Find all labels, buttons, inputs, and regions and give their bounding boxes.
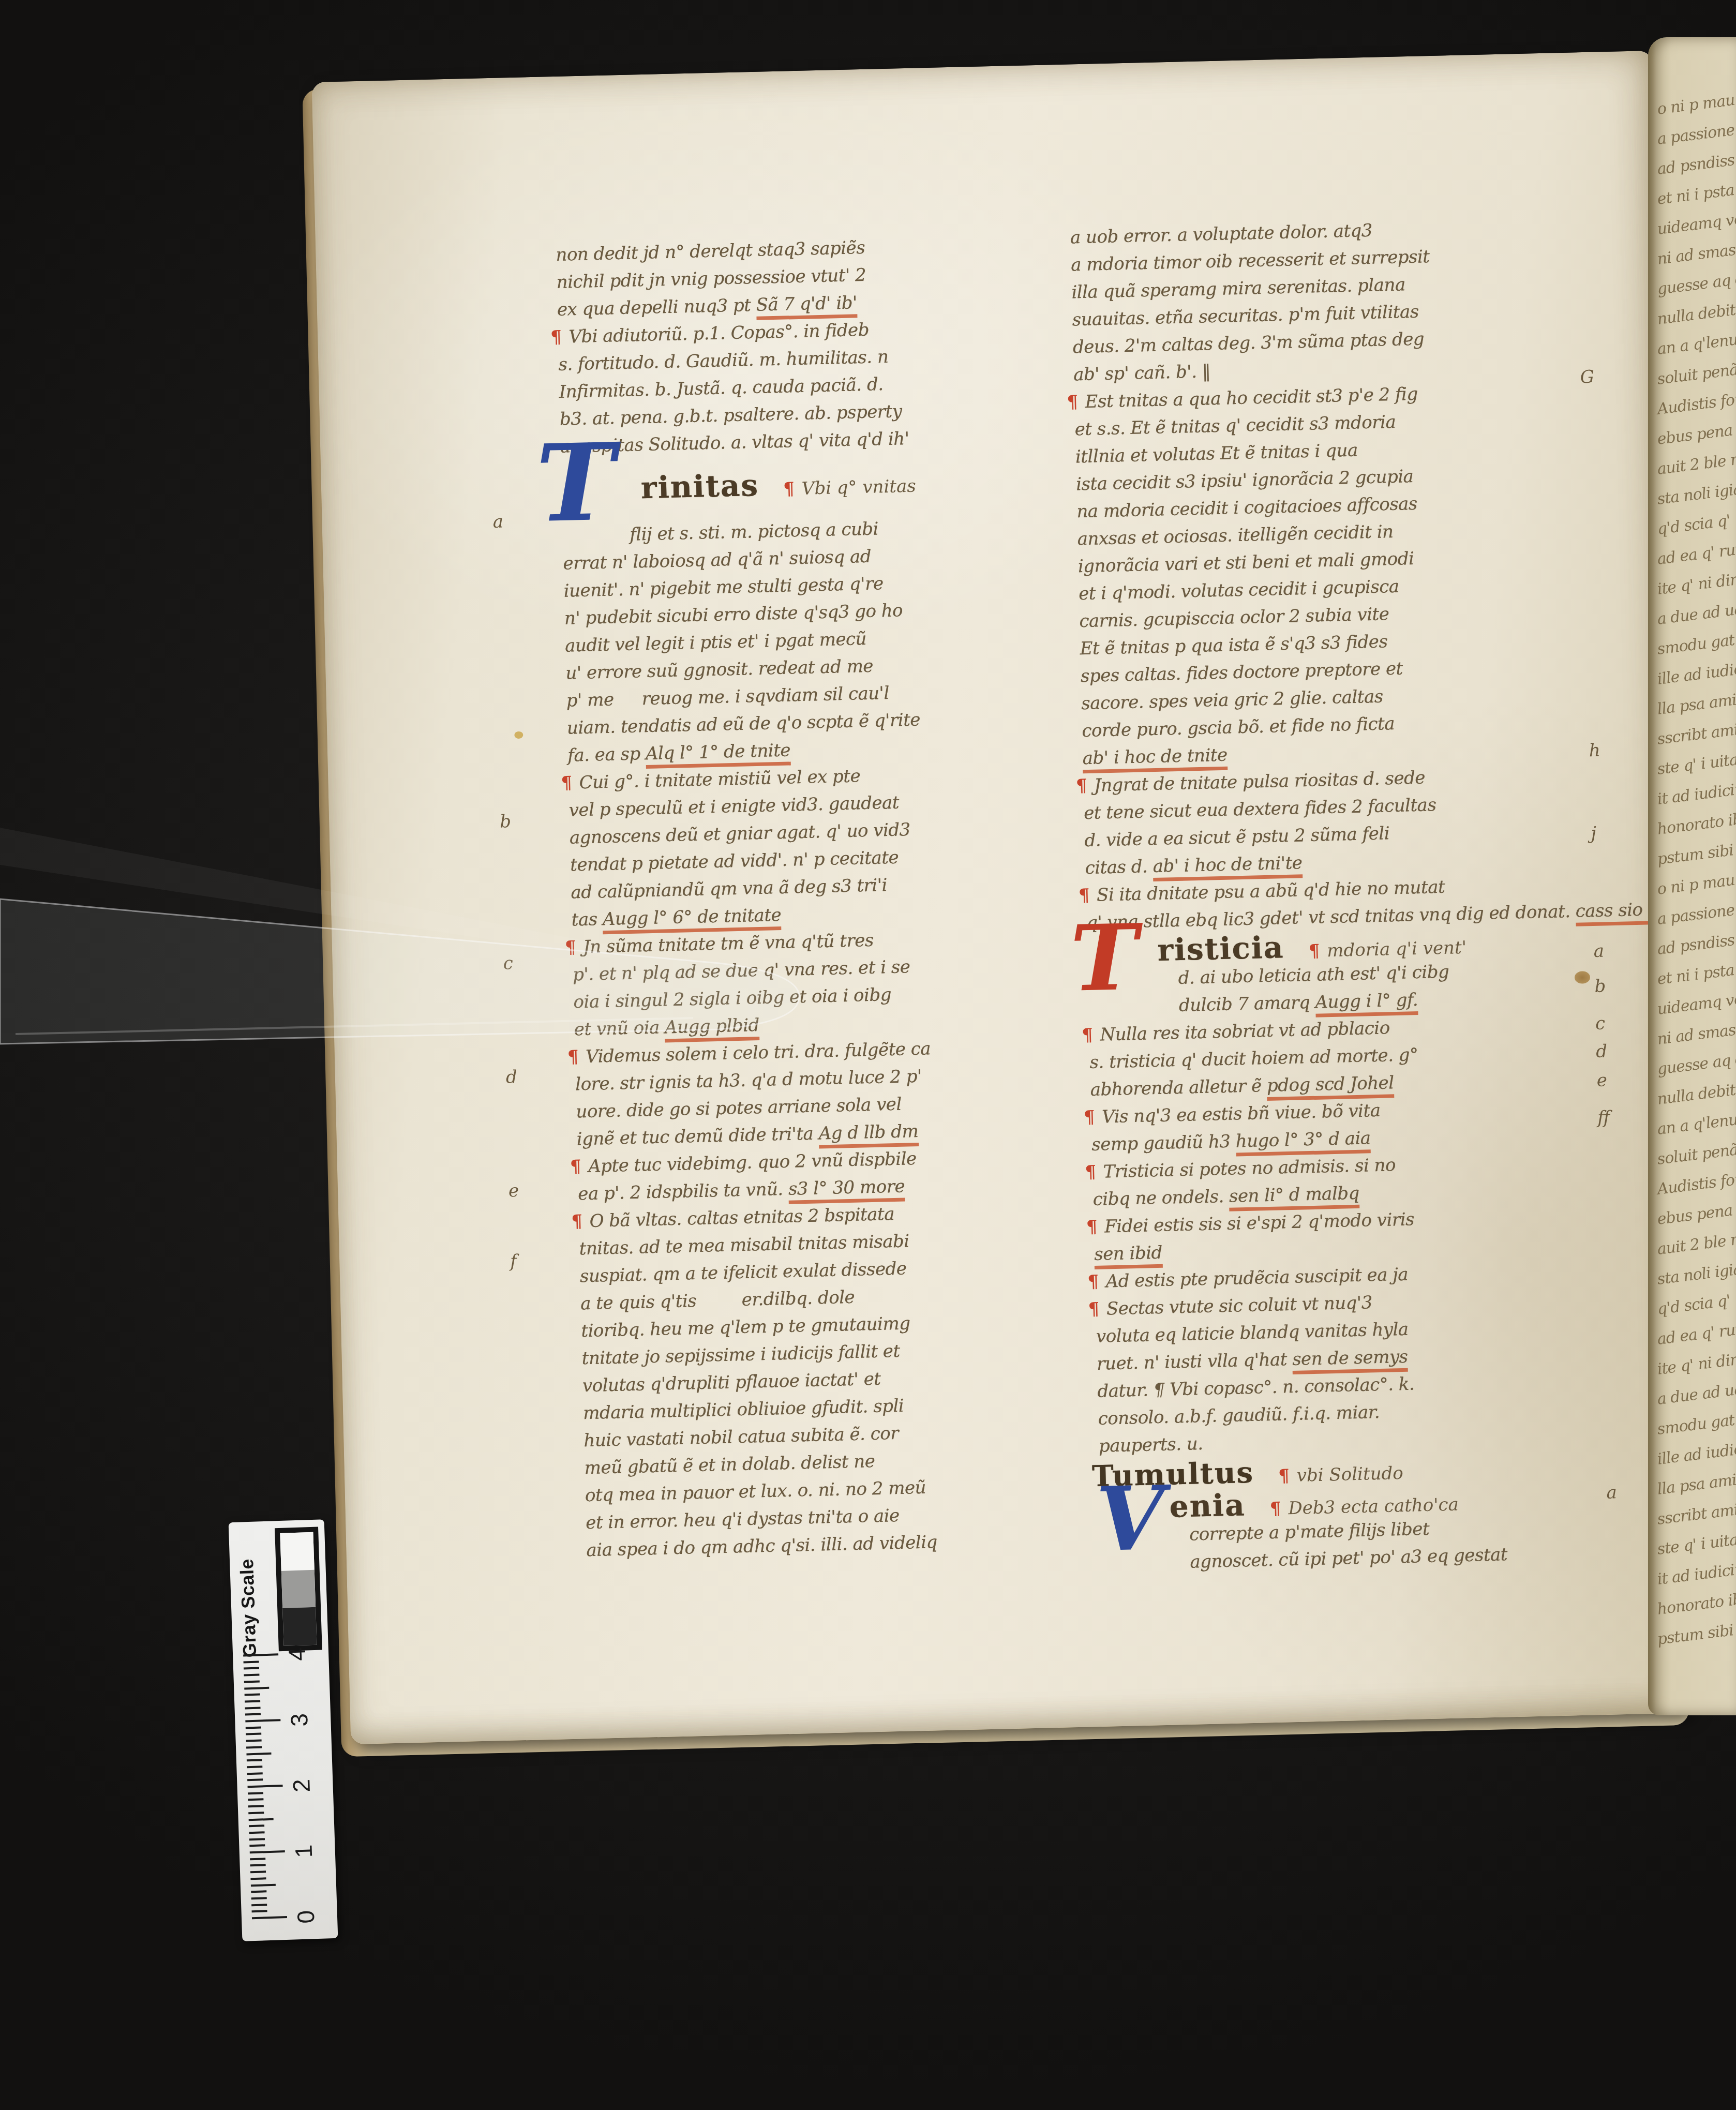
text-column-1: non dedit jd n° derelqt staq3 sapiẽs nic… (548, 231, 1060, 1565)
line-text: tendat p pietate ad vidd'. n' p cecitate (570, 847, 899, 876)
margin-reference-letter: ff (1597, 1107, 1610, 1128)
col2-block-b: ¶Nulla res ita sobriat vt ad pblacio s. … (1082, 1011, 1583, 1461)
line-text: spes caltas. fides doctore preptore et (1080, 659, 1403, 687)
ruler-number: 1 (289, 1834, 318, 1868)
heading-word: enia (1169, 1487, 1246, 1524)
edge-text-fragment: o ni p mau hi (1656, 74, 1736, 119)
line-text: Sectas vtute sic coluit vt nuq'3 (1106, 1292, 1372, 1319)
pilcrow-mark (564, 910, 564, 931)
pilcrow-mark (1072, 611, 1072, 632)
pilcrow-mark: ¶ (1067, 392, 1078, 412)
pilcrow-mark (1077, 858, 1078, 879)
line-text: et i q'modi. volutas cecidit i gcupisca (1079, 576, 1399, 605)
margin-reference-letter: a (1606, 1482, 1617, 1503)
pilcrow-mark: ¶ (1086, 1217, 1098, 1237)
margin-reference-letter: G (1580, 367, 1594, 388)
line-text: ad calũpniandũ qm vna ã deg s3 tri'i (571, 875, 887, 903)
red-underlined-citation: sen de semys (1292, 1346, 1409, 1374)
line-text: Cui g°. i tnitate mistiũ vel ex pte (579, 766, 860, 793)
red-underlined-citation: ab' i hoc de tni'te (1153, 852, 1303, 881)
ruler-number: 0 (291, 1900, 320, 1934)
line-text: oia i singul 2 sigla i oibg et oia i oib… (573, 984, 891, 1012)
pilcrow-mark (572, 1239, 572, 1260)
venia-hang-lines: correpte a p'mate filijs libet agnoscet.… (1094, 1513, 1586, 1579)
margin-reference-letter: b (1594, 976, 1606, 997)
pilcrow-mark (622, 525, 623, 545)
line-text: voluta eq laticie blandq vanitas hyla (1096, 1319, 1409, 1347)
ruler-number: 2 (287, 1769, 316, 1803)
ruler-number: 3 (285, 1703, 313, 1737)
pilcrow-mark (575, 1376, 576, 1397)
line-text: Vis nq'3 ea estis bñ viue. bõ vita (1102, 1100, 1381, 1128)
pilcrow-mark (1085, 1189, 1086, 1210)
line-text: et s.s. Et ẽ tnitas q' cecidit s3 mdoria (1074, 412, 1396, 440)
line-text: ex qua depelli nuq3 pt (557, 295, 757, 320)
margin-reference-letter: a (1593, 941, 1604, 962)
red-underlined-citation: sen li° d malbq (1229, 1183, 1360, 1211)
pilcrow-mark (1090, 1381, 1090, 1402)
pilcrow-mark: ¶ (571, 1211, 582, 1232)
pilcrow-mark (1084, 1134, 1085, 1155)
line-text: illa quã speramg mira serenitas. plana (1071, 274, 1405, 303)
line-text: Videmus solem i celo tri. dra. fulgẽte c… (586, 1038, 931, 1067)
line-text: otq mea in pauor et lux. o. ni. no 2 meũ (585, 1477, 926, 1506)
line-text: itllnia et volutas Et ẽ tnitas i qua (1075, 440, 1358, 468)
margin-reference-letter: c (503, 953, 513, 974)
pilcrow-mark (1064, 255, 1064, 276)
line-text: Tristicia si potes no admisis. si no (1103, 1155, 1396, 1182)
line-text: sacore. spes veia gric 2 glie. caltas (1081, 686, 1383, 714)
line-text: ab' sp' cañ. b'. ‖ (1073, 361, 1211, 385)
line-text: Si ita dnitate psu a abũ q'd hie no muta… (1097, 877, 1445, 906)
pilcrow-mark (1070, 529, 1070, 550)
right-margin-letters: G h j a b c d e ff a (1573, 52, 1653, 1715)
pilcrow-mark (1083, 1080, 1083, 1100)
left-margin-letters: a b c d e f (482, 78, 558, 1741)
line-text: agnoscens deũ et gniar agat. q' uo vid3 (570, 819, 911, 848)
line-text: consolo. a.b.f. gaudiũ. f.i.q. miar. (1098, 1402, 1380, 1429)
pilcrow-mark (1076, 803, 1077, 824)
line-text: iuenit'. n' pigebit me stulti gesta q're (563, 573, 884, 602)
line-text: audit vel legit i ptis et' i pgat mecũ (565, 628, 867, 656)
pilcrow-mark: ¶ (1082, 1025, 1093, 1045)
heading-word: rinitas (640, 468, 759, 505)
line-text: d. vide a ea sicut ẽ pstu 2 sũma feli (1084, 823, 1390, 851)
ruler-numbers: 43210 (229, 1519, 324, 1522)
line-text: errat n' laboiosq ad q'ã n' suiosq ad (563, 546, 871, 574)
line-text: ignẽ et tuc demũ dide tri'ta (576, 1123, 819, 1149)
line-text: ista cecidit s3 ipsiu' ignorãcia 2 gcupi… (1076, 466, 1414, 495)
pilcrow-mark (1082, 1052, 1083, 1073)
red-underlined-citation: ab' i hoc de tnite (1082, 745, 1228, 774)
pilcrow-mark (563, 855, 563, 876)
pilcrow-mark (579, 1540, 579, 1561)
pilcrow-mark (1074, 694, 1074, 714)
pilcrow-mark (574, 1349, 575, 1369)
pilcrow-mark: ¶ (1308, 941, 1320, 962)
line-text: nichil pdit jn vnig possessioe vtut' 2 (556, 265, 866, 293)
pilcrow-mark (556, 581, 557, 602)
red-underlined-citation: Alq l° 1° de tnite (645, 740, 790, 769)
line-text: tnitate jo sepijssime i iudicijs fallit … (581, 1341, 900, 1369)
line-text: tioribq. heu me q'lem p te gmutauimg (581, 1313, 910, 1341)
pilcrow-mark: ¶ (1278, 1465, 1290, 1486)
pilcrow-mark (1087, 1244, 1087, 1265)
red-underlined-citation: pdog scd Johel (1266, 1072, 1394, 1101)
pilcrow-mark (578, 1486, 578, 1506)
line-text: Est tnitas a qua ho cecidit st3 p'e 2 fi… (1085, 384, 1418, 412)
pilcrow-mark: ¶ (561, 773, 572, 794)
pilcrow-mark (1063, 228, 1064, 248)
line-text: ignorãcia vari et sti beni et mali gmodi (1077, 548, 1414, 577)
heading-after-text: Vbi q° vnitas (801, 476, 916, 499)
pilcrow-mark (1072, 639, 1073, 660)
next-page-text: o ni p mau hia passione suoad psndiss et… (1657, 99, 1736, 1659)
pilcrow-mark (1090, 1409, 1091, 1429)
line-text: anxsas et ociosas. itelligẽn cecidit in (1077, 521, 1394, 549)
pilcrow-mark (548, 245, 549, 265)
line-text: dulcib 7 amarq (1179, 992, 1315, 1016)
pilcrow-mark: ¶ (1078, 885, 1089, 906)
line-text: citas d. (1085, 856, 1153, 878)
pilcrow-mark: ¶ (570, 1156, 581, 1177)
line-text: aia spea i do qm adhc q'si. illi. ad vid… (586, 1532, 937, 1561)
red-underlined-citation: Ag d llb dm (818, 1121, 919, 1149)
line-text: volutas q'drupliti pflauoe iactat' et (582, 1369, 881, 1397)
pilcrow-mark (1069, 474, 1069, 495)
line-text: Vbi adiutoriũ. p.1. Copas°. in fideb (568, 320, 869, 348)
pilcrow-mark (577, 1458, 577, 1479)
pilcrow-mark (573, 1294, 574, 1314)
pilcrow-mark (1075, 749, 1075, 769)
line-text: uiam. tendatis ad eũ de q'o scpta ẽ q'ri… (567, 710, 921, 739)
pilcrow-mark (551, 354, 551, 375)
line-text: Fidei estis sis si e'spi 2 q'modo viris (1104, 1209, 1415, 1237)
pilcrow-mark (1067, 420, 1068, 440)
line-text: tas (571, 909, 603, 930)
line-text: p'. et n' plq ad se due q' vna res. et i… (573, 956, 910, 985)
line-text: mdaria multiplici obliuioe gfudit. spli (583, 1396, 904, 1424)
line-text: non dedit jd n° derelqt staq3 sapiẽs (556, 237, 865, 265)
red-underlined-citation: s3 l° 30 more (788, 1176, 905, 1204)
red-underlined-citation: Sã 7 q'd' ib' (756, 292, 857, 320)
line-text: Jngrat de tnitate pulsa riositas d. sede (1094, 768, 1426, 796)
pilcrow-mark (559, 691, 559, 711)
line-text: cibq ne ondels. (1093, 1186, 1229, 1210)
pilcrow-mark (562, 828, 563, 848)
pilcrow-mark (1172, 995, 1172, 1016)
line-text: lore. str ignis ta h3. q'a d motu luce 2… (575, 1066, 922, 1095)
line-text: Nulla res ita sobriat vt ad pblacio (1100, 1017, 1390, 1045)
line-text: n' pudebit sicubi erro diste q'sq3 go ho (564, 600, 903, 628)
patch-white (280, 1532, 314, 1571)
line-text: na mdoria cecidit i cogitacioes affcosas (1076, 493, 1417, 522)
col1-block-a: non dedit jd n° derelqt staq3 sapiẽs nic… (548, 231, 1035, 461)
margin-reference-letter: d (505, 1067, 517, 1088)
line-text: et in error. heu q'i dystas tni'ta o aie (586, 1505, 900, 1533)
line-text: uore. dide go si potes arriane sola vel (576, 1094, 902, 1123)
line-text: a te quis q'tis er.dilbq. dole (580, 1287, 855, 1314)
line-text: huic vastati nobil catua subita ẽ. cor (583, 1423, 899, 1451)
pilcrow-mark (549, 272, 549, 293)
lombard-initial-blue-T: T (535, 441, 616, 526)
line-text: suauitas. etña securitas. p'm fuit vtili… (1072, 302, 1419, 331)
pilcrow-mark (1171, 968, 1171, 989)
line-text: u' errore suũ ggnosit. redeat ad me (565, 656, 873, 684)
margin-reference-letter: b (500, 811, 512, 832)
margin-reference-letter: c (1595, 1013, 1606, 1034)
gray-scale-label: Gray Scale (235, 1528, 261, 1657)
pilcrow-mark (1077, 831, 1077, 851)
pilcrow-mark (576, 1403, 576, 1424)
pilcrow-mark: ¶ (565, 937, 576, 957)
text-column-2: a uob error. a voluptate dolor. atq3 a m… (1062, 213, 1585, 1579)
pilcrow-mark (1069, 502, 1070, 522)
pilcrow-mark (1089, 1354, 1090, 1374)
line-text: a mdoria timor oib recesserit et surreps… (1071, 246, 1430, 275)
line-text: Jn sũma tnitate tm ẽ vna q'tũ tres (583, 930, 874, 957)
margin-reference-letter: j (1591, 823, 1596, 844)
pilcrow-mark (560, 718, 560, 739)
pilcrow-mark (568, 1074, 568, 1095)
line-text: et vnũ oia (574, 1017, 665, 1040)
pilcrow-mark (550, 300, 550, 320)
pilcrow-mark (1066, 365, 1067, 385)
red-underlined-citation: Augg plbid (665, 1015, 760, 1042)
pilcrow-mark: ¶ (567, 1046, 579, 1067)
manuscript-page: non dedit jd n° derelqt staq3 sapiẽs nic… (311, 51, 1691, 1744)
pilcrow-mark: ¶ (1084, 1107, 1095, 1128)
line-text: s. fortitudo. d. Gaudiũ. m. humilitas. n (558, 347, 889, 375)
pilcrow-mark (568, 1102, 569, 1123)
pilcrow-mark (1064, 282, 1065, 303)
line-text: Apte tuc videbimg. quo 2 vnũ dispbile (588, 1148, 917, 1177)
line-text: Infirmitas. b. Justã. q. cauda paciã. d. (559, 374, 884, 402)
line-text: semp gaudiũ h3 (1091, 1131, 1236, 1155)
pilcrow-mark: ¶ (550, 327, 562, 348)
line-text: suspiat. qm a te ifelicit exulat dissede (580, 1259, 907, 1287)
pilcrow-mark (573, 1266, 573, 1287)
pilcrow-mark (576, 1431, 577, 1451)
red-underlined-citation: hugo l° 3° d aia (1235, 1128, 1371, 1156)
pilcrow-mark (1073, 666, 1073, 687)
margin-reference-letter: a (492, 511, 503, 532)
line-text: vel p speculũ et i enigte vid3. gaudeat (568, 792, 899, 821)
pilcrow-mark (566, 992, 566, 1013)
patch-gray (281, 1569, 316, 1608)
line-text: et tene sicut eua dextera fides 2 facult… (1084, 795, 1436, 824)
gray-patches (275, 1527, 322, 1652)
heading-trinitas: T rinitas ¶Vbi q° vnitas (553, 450, 1036, 523)
pilcrow-mark (1068, 447, 1069, 468)
pilcrow-mark (560, 745, 561, 766)
line-text: meũ gbatũ ẽ et in dolab. delist ne (584, 1451, 875, 1478)
red-underlined-citation: sen ibid (1094, 1243, 1163, 1269)
margin-reference-letter: d (1596, 1041, 1608, 1062)
next-page-edge: o ni p mau hia passione suoad psndiss et… (1648, 37, 1736, 1715)
pilcrow-mark (1091, 1436, 1092, 1457)
ruler-number: 4 (282, 1637, 311, 1671)
line-text: pauperts. u. (1099, 1433, 1203, 1457)
pilcrow-mark (1065, 310, 1065, 331)
col1-block-b: errat n' laboiosq ad q'ã n' suiosq ad iu… (556, 540, 1060, 1565)
pilcrow-mark (558, 663, 559, 684)
pilcrow-mark (578, 1513, 579, 1534)
line-text: agnoscet. cũ ipi pet' po' a3 eq gestat (1190, 1544, 1508, 1572)
pilcrow-mark (561, 800, 562, 821)
pilcrow-mark: ¶ (1087, 1271, 1099, 1292)
pilcrow-mark (556, 553, 556, 574)
red-underlined-citation: Augg i l° gf. (1315, 990, 1418, 1017)
line-text: a uob error. a voluptate dolor. atq3 (1070, 220, 1373, 248)
pilcrow-mark (558, 636, 558, 656)
line-text: Et ẽ tnitas p qua ista ẽ s'q3 s3 fides (1080, 631, 1388, 659)
pilcrow-mark: ¶ (1269, 1499, 1281, 1519)
pilcrow-mark (571, 1184, 571, 1205)
pilcrow-mark (1071, 557, 1071, 577)
pilcrow-mark (1066, 337, 1066, 358)
pilcrow-mark (1074, 721, 1075, 742)
pilcrow-mark (574, 1321, 574, 1342)
line-text: datur. ¶ Vbi copasc°. n. consolac°. k. (1097, 1373, 1415, 1401)
line-text: fa. ea sp (567, 743, 646, 766)
margin-reference-letter: e (1596, 1070, 1607, 1091)
lombard-initial-blue-V: V (1096, 1484, 1165, 1554)
pilcrow-mark (1089, 1326, 1089, 1347)
line-text: carnis. gcupisccia oclor 2 subia vite (1079, 604, 1389, 632)
line-text: corde puro. gscia bõ. et fide no ficta (1082, 713, 1395, 741)
line-text: p' me reuog me. i sqvdiam sil cau'l (566, 683, 889, 711)
gray-scale-card: Gray Scale 43210 (229, 1519, 338, 1941)
margin-reference-letter: f (510, 1251, 517, 1271)
pilcrow-mark (563, 882, 564, 903)
pilcrow-mark (565, 965, 566, 985)
pilcrow-mark: ¶ (1075, 775, 1087, 796)
line-text: s. tristicia q' ducit hoiem ad morte. g° (1089, 1044, 1418, 1073)
heading-after-text: vbi Solitudo (1296, 1463, 1403, 1486)
line-text: ea p'. 2 idspbilis ta vnũ. (578, 1179, 789, 1205)
heading-word: risticia (1157, 930, 1285, 968)
margin-reference-letter: e (508, 1180, 519, 1201)
photograph-canvas: non dedit jd n° derelqt staq3 sapiẽs nic… (0, 0, 1736, 2110)
lombard-initial-red-T: T (1070, 923, 1139, 995)
pilcrow-mark: ¶ (1088, 1299, 1099, 1320)
line-text: Ad estis pte prudẽcia suscipit ea ja (1105, 1264, 1408, 1292)
line-text: abhorenda alletur ẽ (1090, 1075, 1267, 1100)
heading-after-text: mdoria q'i vent' (1327, 937, 1467, 961)
heading-after-text: Deb3 ecta catho'ca (1288, 1494, 1459, 1519)
line-text: flij et s. sti. m. pictosq a cubi (630, 518, 879, 545)
pilcrow-mark (566, 1020, 567, 1040)
col2-block-a: a uob error. a voluptate dolor. atq3 a m… (1062, 213, 1570, 937)
pilcrow-mark (557, 608, 558, 629)
pilcrow-mark (1071, 584, 1072, 605)
line-text: tnitas. ad te mea misabil tnitas misabi (579, 1231, 909, 1259)
pilcrow-mark: ¶ (1085, 1162, 1096, 1183)
line-text: ruet. n' iusti vlla q'hat (1097, 1349, 1293, 1374)
parchment-stain (1575, 971, 1591, 984)
pilcrow-mark: ¶ (783, 478, 795, 499)
line-text: O bã vltas. caltas etnitas 2 bspitata (589, 1204, 894, 1232)
pilcrow-mark (569, 1129, 570, 1150)
margin-reference-letter: h (1589, 740, 1600, 761)
line-text: deus. 2'm caltas deg. 3'm sũma ptas deg (1073, 328, 1425, 357)
pilcrow-mark (551, 382, 552, 402)
